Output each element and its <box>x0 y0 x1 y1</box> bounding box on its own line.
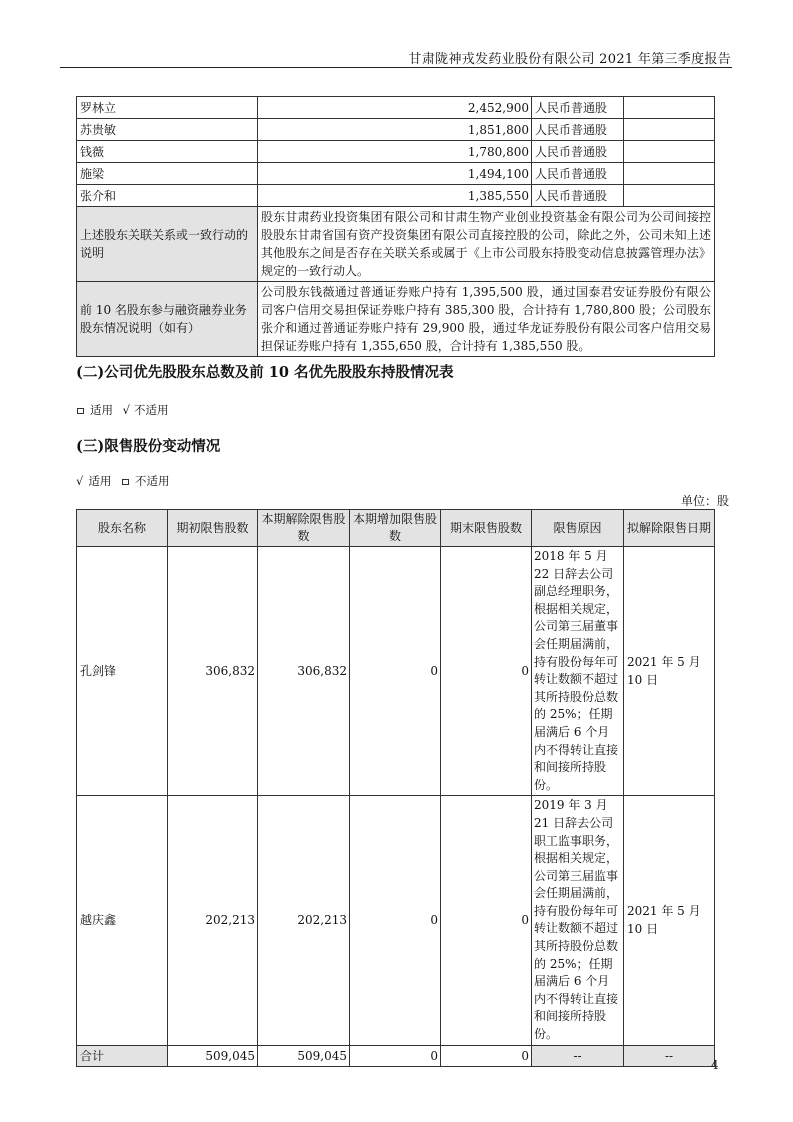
page-number: 4 <box>711 1058 719 1072</box>
check-mark-icon: √ <box>76 474 83 488</box>
table-row: 孔剑锋 306,832 306,832 0 0 2018 年 5 月 22 日辞… <box>77 547 715 796</box>
end-restricted: 0 <box>441 796 532 1045</box>
report-header-title: 甘肃陇神戎发药业股份有限公司 2021 年第三季度报告 <box>409 48 731 67</box>
share-type: 人民币普通股 <box>532 97 624 119</box>
applicable-label: 适用 <box>90 403 113 417</box>
related-party-note-row: 上述股东关联关系或一致行动的说明 股东甘肃药业投资集团有限公司和甘肃生物产业创业… <box>77 207 715 282</box>
total-reason: -- <box>532 1045 624 1066</box>
share-extra <box>624 119 715 141</box>
top-shareholders-table: 罗林立 2,452,900 人民币普通股 苏贵敏 1,851,800 人民币普通… <box>76 96 715 357</box>
share-count: 1,494,100 <box>258 163 532 185</box>
share-count: 2,452,900 <box>258 97 532 119</box>
column-header: 股东名称 <box>77 510 168 547</box>
total-end: 0 <box>441 1045 532 1066</box>
column-header: 期初限售股数 <box>168 510 258 547</box>
margin-trading-label: 前 10 名股东参与融资融券业务股东情况说明（如有） <box>77 282 258 357</box>
table-row: 施梁 1,494,100 人民币普通股 <box>77 163 715 185</box>
share-extra <box>624 97 715 119</box>
table-row: 罗林立 2,452,900 人民币普通股 <box>77 97 715 119</box>
section-heading-restricted-shares: (三)限售股份变动情况 <box>76 435 220 456</box>
share-count: 1,385,550 <box>258 185 532 207</box>
shareholder-name: 苏贵敏 <box>77 119 258 141</box>
share-type: 人民币普通股 <box>532 185 624 207</box>
shareholder-name: 越庆鑫 <box>77 796 168 1045</box>
applicable-label: 适用 <box>88 474 111 488</box>
margin-trading-text: 公司股东钱薇通过普通证券账户持有 1,395,500 股，通过国泰君安证券股份有… <box>258 282 715 357</box>
restriction-reason: 2018 年 5 月 22 日辞去公司副总经理职务，根据相关规定，公司第三届董事… <box>532 547 624 796</box>
restricted-shares-applicability: √适用 不适用 <box>76 473 169 489</box>
share-count: 1,851,800 <box>258 119 532 141</box>
related-party-label: 上述股东关联关系或一致行动的说明 <box>77 207 258 282</box>
column-header: 期末限售股数 <box>441 510 532 547</box>
shareholder-name: 钱薇 <box>77 141 258 163</box>
share-extra <box>624 141 715 163</box>
not-applicable-checkbox <box>122 479 129 485</box>
share-count: 1,780,800 <box>258 141 532 163</box>
restriction-reason: 2019 年 3 月 21 日辞去公司职工监事职务，根据相关规定，公司第三届监事… <box>532 796 624 1045</box>
shareholder-name: 施梁 <box>77 163 258 185</box>
added-restricted: 0 <box>350 796 441 1045</box>
total-added: 0 <box>350 1045 441 1066</box>
section-heading-preferred-shares: (二)公司优先股股东总数及前 10 名优先股股东持股情况表 <box>76 361 454 382</box>
share-extra <box>624 163 715 185</box>
unit-label: 单位：股 <box>681 492 729 509</box>
total-begin: 509,045 <box>168 1045 258 1066</box>
total-row: 合计 509,045 509,045 0 0 -- -- <box>77 1045 715 1066</box>
total-released: 509,045 <box>258 1045 350 1066</box>
column-header: 本期解除限售股数 <box>258 510 350 547</box>
release-date: 2021 年 5 月 10 日 <box>624 796 715 1045</box>
not-applicable-label: 不适用 <box>134 403 169 417</box>
table-row: 越庆鑫 202,213 202,213 0 0 2019 年 3 月 21 日辞… <box>77 796 715 1045</box>
shareholder-name: 罗林立 <box>77 97 258 119</box>
begin-restricted: 202,213 <box>168 796 258 1045</box>
share-type: 人民币普通股 <box>532 141 624 163</box>
margin-trading-note-row: 前 10 名股东参与融资融券业务股东情况说明（如有） 公司股东钱薇通过普通证券账… <box>77 282 715 357</box>
share-type: 人民币普通股 <box>532 163 624 185</box>
share-extra <box>624 185 715 207</box>
end-restricted: 0 <box>441 547 532 796</box>
shareholder-name: 张介和 <box>77 185 258 207</box>
preferred-shares-applicability: 适用 √不适用 <box>76 402 168 418</box>
table-header-row: 股东名称 期初限售股数 本期解除限售股数 本期增加限售股数 期末限售股数 限售原… <box>77 510 715 547</box>
table-row: 张介和 1,385,550 人民币普通股 <box>77 185 715 207</box>
added-restricted: 0 <box>350 547 441 796</box>
not-applicable-label: 不适用 <box>135 474 170 488</box>
table-row: 苏贵敏 1,851,800 人民币普通股 <box>77 119 715 141</box>
related-party-text: 股东甘肃药业投资集团有限公司和甘肃生物产业创业投资基金有限公司为公司间接控股股东… <box>258 207 715 282</box>
share-type: 人民币普通股 <box>532 119 624 141</box>
column-header: 限售原因 <box>532 510 624 547</box>
total-release-date: -- <box>624 1045 715 1066</box>
total-label: 合计 <box>77 1045 168 1066</box>
begin-restricted: 306,832 <box>168 547 258 796</box>
column-header: 拟解除限售日期 <box>624 510 715 547</box>
column-header: 本期增加限售股数 <box>350 510 441 547</box>
released-restricted: 306,832 <box>258 547 350 796</box>
applicable-checkbox <box>77 408 84 414</box>
release-date: 2021 年 5 月 10 日 <box>624 547 715 796</box>
shareholder-name: 孔剑锋 <box>77 547 168 796</box>
released-restricted: 202,213 <box>258 796 350 1045</box>
header-divider <box>60 67 732 68</box>
check-mark-icon: √ <box>123 403 130 417</box>
restricted-shares-table: 股东名称 期初限售股数 本期解除限售股数 本期增加限售股数 期末限售股数 限售原… <box>76 509 715 1067</box>
table-row: 钱薇 1,780,800 人民币普通股 <box>77 141 715 163</box>
